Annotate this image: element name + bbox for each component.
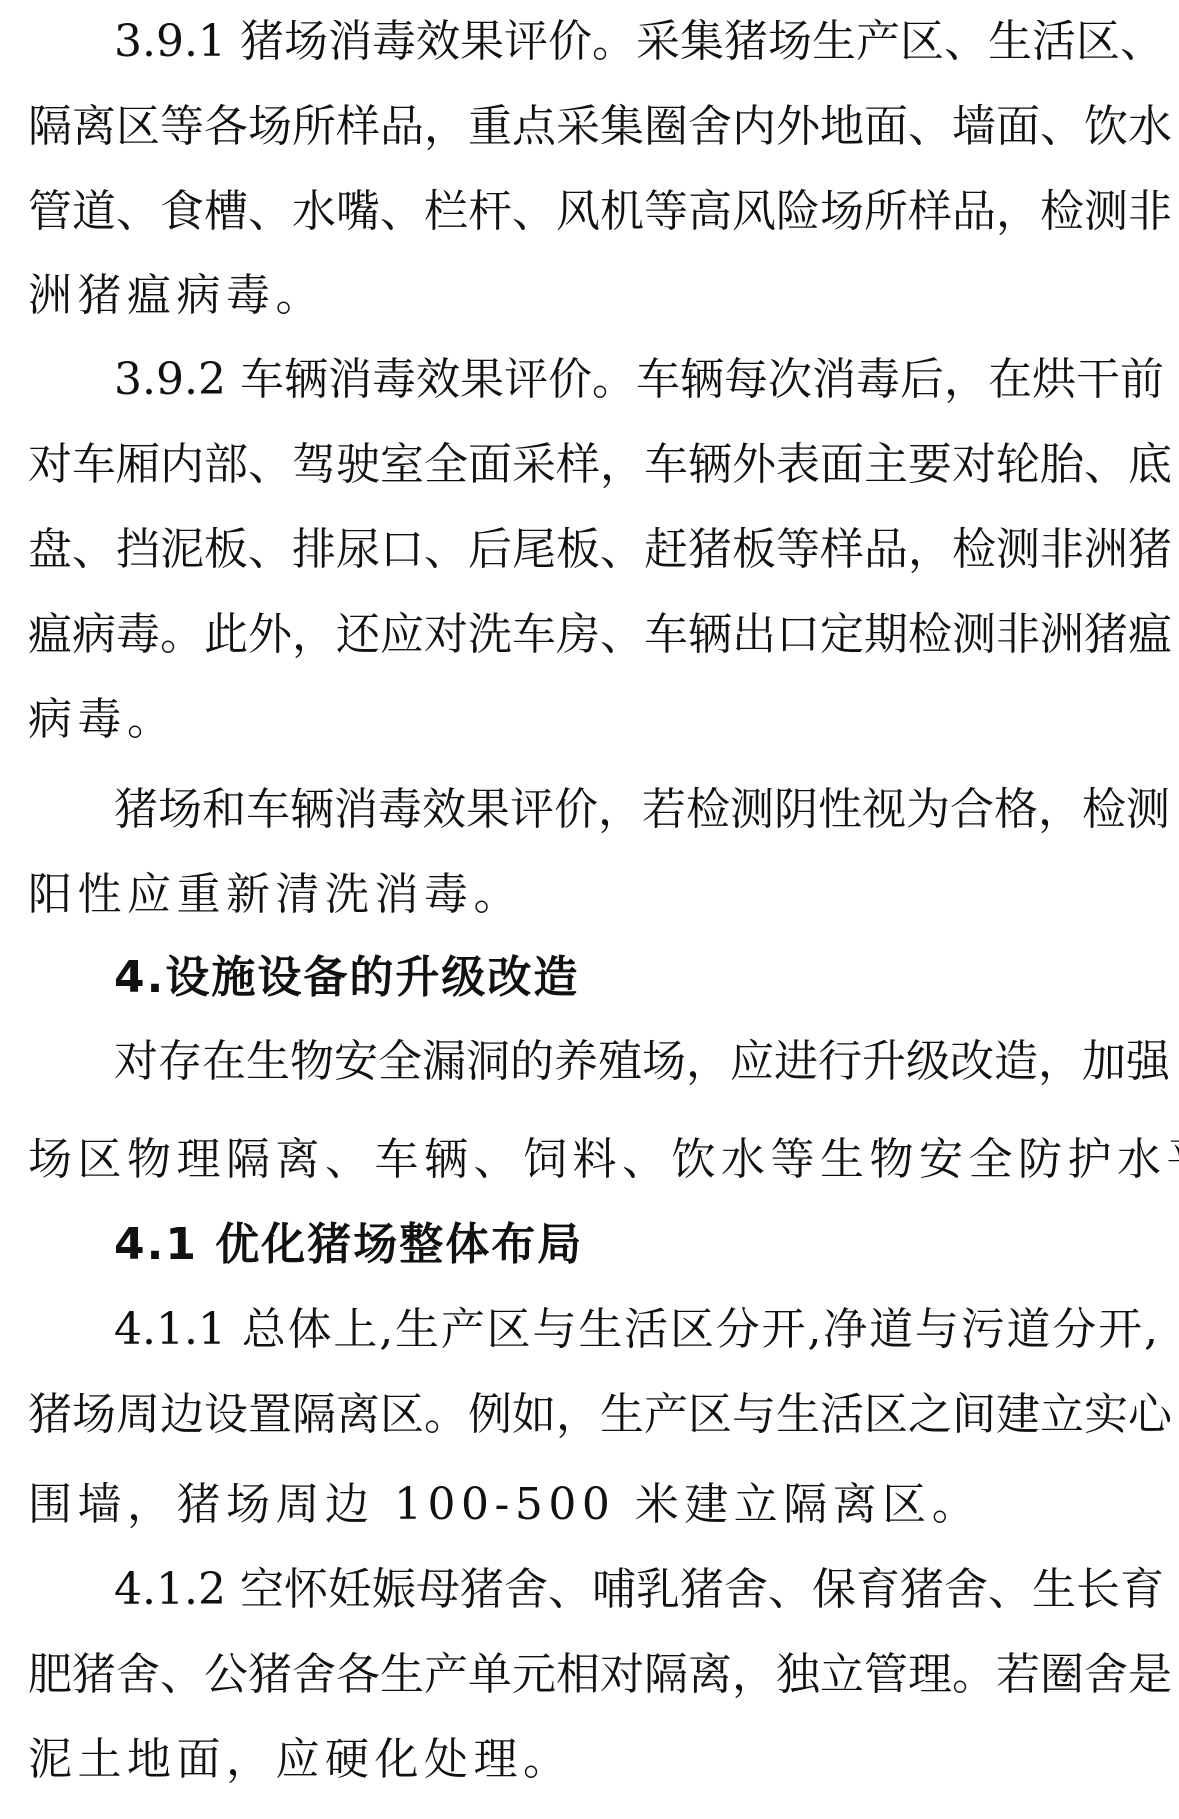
paragraph-4-intro-line-1: 对存在生物安全漏洞的养殖场，应进行升级改造，加强 xyxy=(114,1020,1158,1104)
paragraph-3-9-1-line-1: 3.9.1 猪场消毒效果评价。采集猪场生产区、生活区、 xyxy=(114,0,1158,84)
paragraph-4-1-1-line-2: 猪场周边设置隔离区。例如，生产区与生活区之间建立实心 xyxy=(28,1373,1158,1457)
heading-4: 4.设施设备的升级改造 xyxy=(114,936,1158,1020)
paragraph-4-1-2-line-2: 肥猪舍、公猪舍各生产单元相对隔离，独立管理。若圈舍是 xyxy=(28,1633,1158,1717)
paragraph-4-1-1-line-3: 围墙，猪场周边 100-500 米建立隔离区。 xyxy=(28,1463,1158,1547)
paragraph-evaluation-line-1: 猪场和车辆消毒效果评价，若检测阴性视为合格，检测 xyxy=(114,768,1158,852)
document-page: 3.9.1 猪场消毒效果评价。采集猪场生产区、生活区、 隔离区等各场所样品，重点… xyxy=(0,0,1179,1819)
paragraph-4-1-2-line-1: 4.1.2 空怀妊娠母猪舍、哺乳猪舍、保育猪舍、生长育 xyxy=(114,1548,1158,1632)
paragraph-3-9-2-line-1: 3.9.2 车辆消毒效果评价。车辆每次消毒后，在烘干前 xyxy=(114,338,1158,422)
paragraph-3-9-2-line-3: 盘、挡泥板、排尿口、后尾板、赶猪板等样品，检测非洲猪 xyxy=(28,508,1158,592)
paragraph-3-9-2-line-5: 病毒。 xyxy=(28,678,1158,762)
paragraph-3-9-2-line-4: 瘟病毒。此外，还应对洗车房、车辆出口定期检测非洲猪瘟 xyxy=(28,593,1158,677)
paragraph-4-intro-line-2: 场区物理隔离、车辆、饲料、饮水等生物安全防护水平。 xyxy=(28,1118,1158,1202)
heading-4-1: 4.1 优化猪场整体布局 xyxy=(114,1203,1158,1287)
paragraph-4-1-2-line-3: 泥土地面，应硬化处理。 xyxy=(28,1718,1158,1802)
paragraph-3-9-2-line-2: 对车厢内部、驾驶室全面采样，车辆外表面主要对轮胎、底 xyxy=(28,423,1158,507)
paragraph-3-9-1-line-2: 隔离区等各场所样品，重点采集圈舍内外地面、墙面、饮水 xyxy=(28,85,1158,169)
paragraph-evaluation-line-2: 阳性应重新清洗消毒。 xyxy=(28,853,1158,937)
paragraph-4-1-1-line-1: 4.1.1 总体上,生产区与生活区分开,净道与污道分开, xyxy=(114,1288,1158,1372)
paragraph-3-9-1-line-4: 洲猪瘟病毒。 xyxy=(28,254,1158,338)
paragraph-3-9-1-line-3: 管道、食槽、水嘴、栏杆、风机等高风险场所样品，检测非 xyxy=(28,170,1158,254)
